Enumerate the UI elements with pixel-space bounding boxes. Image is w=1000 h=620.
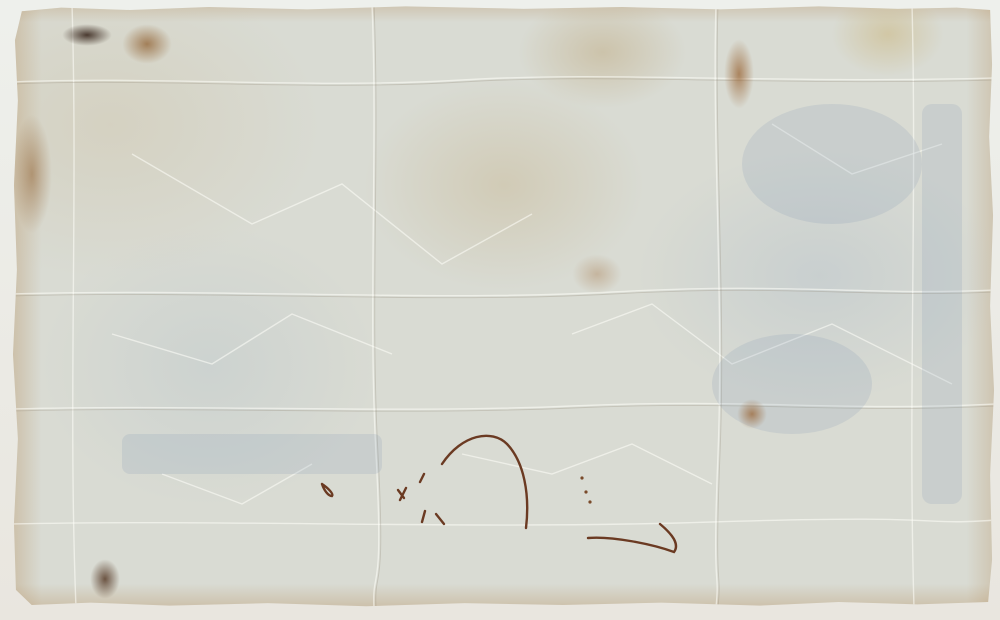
- banknote-reverse: [12, 4, 996, 608]
- handwritten-ink-marks: [12, 4, 996, 608]
